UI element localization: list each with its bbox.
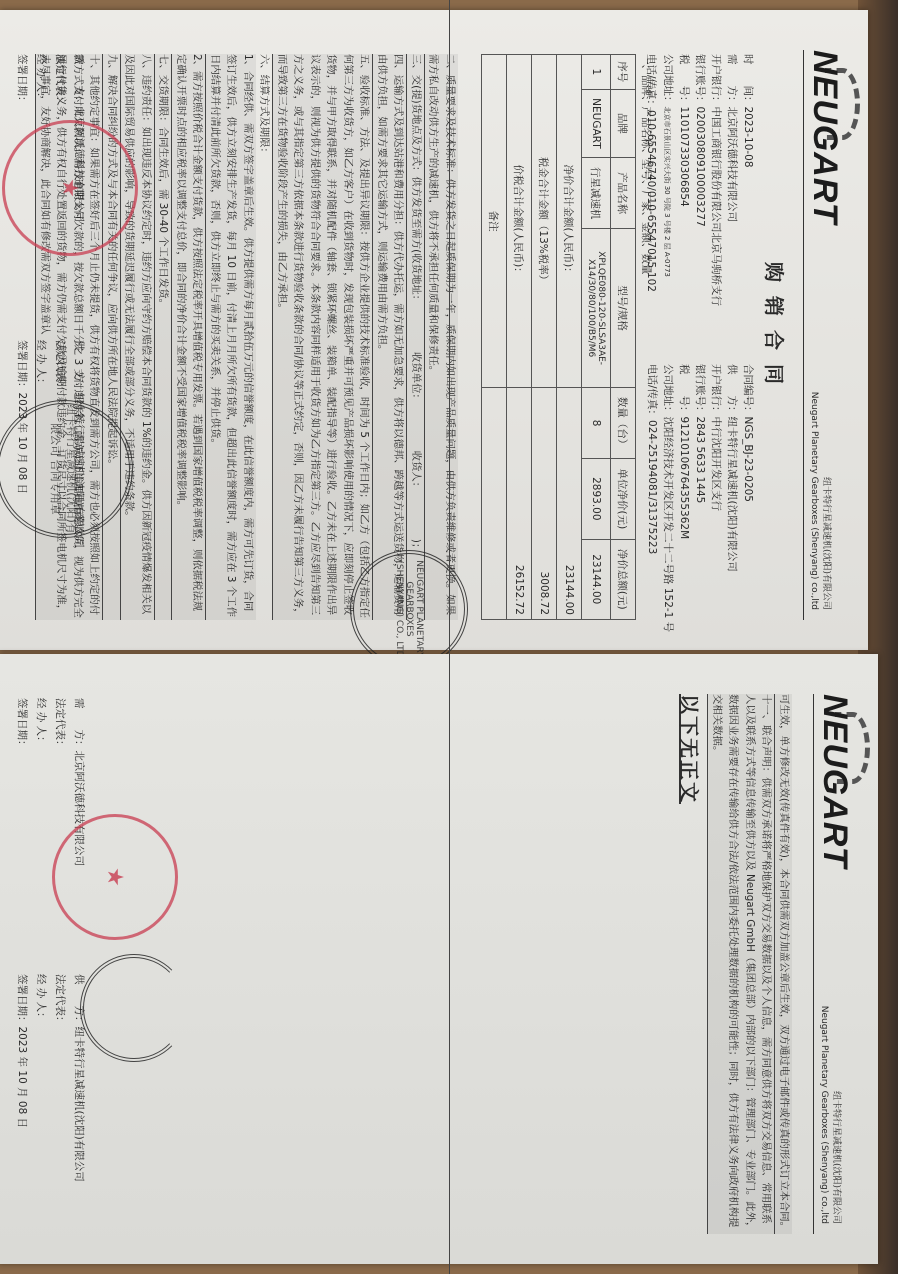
col-header: 品牌: [611, 89, 636, 158]
clause-2: 二、质量要求及技术标准：供方发货之日起质保期为一年，质保期内如出现产品质量问题，…: [424, 54, 458, 620]
cell-product-name: 行星减速机: [582, 158, 611, 229]
seller-tax-id: 税 号：912101067643553​62M: [676, 364, 692, 634]
clause-6-1: 1、合同经供、需双方签字盖章后生效。供方提供需方每月贰拾伍万元的信誉额度，在此信…: [206, 54, 257, 620]
col-header: 产品名称: [611, 158, 636, 229]
seller-handler: 经 办 人：: [31, 974, 50, 1182]
buyer-name: 需 方：北京阿沃德科技有限公司: [724, 54, 740, 354]
clause-7: 七、交货期限：合同生效后，需 30-40 个工作日发货。: [154, 54, 172, 620]
buyer-address: 公司地址：北京市石景山区实兴大街 30 号院 3 号楼 2 层 A-0773: [659, 54, 676, 354]
table-header-row: 序号 品牌 产品名称 型号/规格 数量（台） 单位净价(元) 净价总额(元): [611, 55, 636, 620]
seller-bank: 开户银行：中行沈阳开发区支行: [708, 364, 724, 634]
photo-stage: NEUGART 纽卡特行星减速机(沈阳)有限公司 Neugart Planeta…: [0, 0, 898, 1274]
seller-info: 合同编号：NGS_BJ-23-0205 供 方：纽卡特行星减速机(沈阳)有限公司…: [644, 364, 756, 634]
header-divider: [803, 50, 804, 620]
cell-qty: 8: [582, 388, 611, 459]
seller-account: 银行账号：2843 5633 1445: [692, 364, 708, 634]
cell-no: 1: [582, 55, 611, 90]
buyer-address-label: 公司地址：: [662, 54, 674, 107]
gross-total-value: 26152.72: [507, 388, 532, 620]
header-company-en: Neugart Planetary Gearboxes (Shenyang) c…: [818, 1006, 830, 1224]
cell-model: XPLQE080-120-SLSA3AE-X14/30/80/100/B5/M6: [582, 229, 611, 388]
cell-brand: NEUGART: [582, 89, 611, 158]
neugart-logo: NEUGART: [805, 50, 844, 225]
section-1-title: 一、品牌、产品名称、型号、厂家、金额、数量: [639, 54, 654, 275]
buyer-tax-id: 税 号：110107330306854: [676, 54, 692, 354]
seller-contract-stamp: 纽卡特行星减速机(沈阳)有限公司 合同专用章: [0, 400, 133, 538]
p2-seller-signature-block: 供 方：纽卡特行星减速机(沈阳)有限公司 法定代表： 经 办 人： 签署日期：2…: [12, 974, 88, 1182]
buyer-red-stamp: ★: [52, 814, 178, 940]
buyer-address-value: 北京市石景山区实兴大街 30 号院 3 号楼 2 层 A-0773: [663, 107, 671, 277]
tax-value: 3008.72: [532, 388, 557, 620]
fold-line: [449, 0, 450, 1274]
header-company-cn: 纽卡特行星减速机(沈阳)有限公司: [830, 1006, 842, 1224]
clause-8: 八、违约责任：如出现违反本协议约定时，违约方应向守约方赔偿本合同货款的 1%的违…: [120, 54, 154, 620]
header-company-cn: 纽卡特行星减速机(沈阳)有限公司: [820, 392, 832, 610]
neugart-logo: NEUGART: [815, 694, 854, 869]
clause-3: 三、交(提)货地点及方式：供方发货至需方(收货地址： 收货单位： 收货人： )；: [407, 54, 425, 620]
seller-stamp-text: 纽卡特行星减速机(沈阳)有限公司 合同专用章: [48, 404, 80, 534]
tax-label: 税金合计金额（13%税率）: [532, 55, 557, 388]
col-header: 净价总额(元): [611, 539, 636, 619]
remark-value: [482, 388, 507, 620]
clause-6-title: 六、结算方式及期限：: [256, 54, 273, 620]
seller-partial-stamp: [80, 954, 188, 1062]
col-header: 型号/规格: [611, 229, 636, 388]
contract-page-2: NEUGART 纽卡特行星减速机(沈阳)有限公司 Neugart Planeta…: [0, 654, 878, 1264]
gross-total-label: 价税合计金额(人民币)：: [507, 55, 532, 388]
page-2-body: 可生效，单方修改无效(传真件有效)，本合同供需双方加盖公章后生效，双方通过电子邮…: [677, 694, 792, 1234]
buyer-red-stamp: ★: [2, 120, 138, 256]
continued-clause: 可生效，单方修改无效(传真件有效)，本合同供需双方加盖公章后生效，双方通过电子邮…: [775, 694, 793, 1234]
seller-seam-stamp: NEUGART PLANETARY GEARBOXES (SHENYANG) C…: [350, 550, 468, 668]
clause-5: 五、验收标准、方法、及提出异议期限：按供方企业提供的技术标准验收，时间为 5 个…: [273, 54, 373, 620]
remark-label: 备注: [482, 55, 507, 388]
cell-total: 23144.00: [582, 539, 611, 619]
seller-address: 公司地址：沈阳经济技术开发区开发二十二号路 152-1 号: [660, 364, 676, 634]
header-company: 纽卡特行星减速机(沈阳)有限公司 Neugart Planetary Gearb…: [818, 1006, 842, 1224]
remark-row: 备注: [482, 55, 507, 620]
buyer-handler: 经 办 人：: [31, 698, 50, 866]
col-header: 单位净价(元): [611, 459, 636, 539]
seller-phone: 电话/传真：024-25194081/31375223: [644, 364, 660, 634]
buyer-account: 银行账号：0200308091000032​77: [692, 54, 708, 354]
seller-legal-rep: 法定代表：: [50, 974, 69, 1182]
contract-title: 购销合同: [761, 10, 790, 650]
end-of-text-mark: 以下无正文: [679, 694, 698, 804]
gross-total-row: 价税合计金额(人民币)： 26152.72: [507, 55, 532, 620]
items-table: 序号 品牌 产品名称 型号/规格 数量（台） 单位净价(元) 净价总额(元) 1…: [481, 54, 636, 620]
tax-row: 税金合计金额（13%税率） 3008.72: [532, 55, 557, 620]
contract-page-1: NEUGART 纽卡特行星减速机(沈阳)有限公司 Neugart Planeta…: [0, 10, 868, 650]
cell-unit-price: 2893.00: [582, 459, 611, 539]
clause-4: 四、运输方式及到达站港和费用分担：供方代办托运，需方如无加急要求，供方将以德邦、…: [373, 54, 407, 620]
net-total-row: 净价合计金额(人民币)： 23144.00: [557, 55, 582, 620]
contract-date: 时 间：2023-10-08: [740, 54, 756, 354]
clause-11: 十一、联合声明：供需双方承诺将严格地保护双方交易数据以及个人信息，需方同意供方将…: [708, 694, 775, 1234]
seller-stamp-en-text: NEUGART PLANETARY GEARBOXES (SHENYANG) C…: [394, 554, 424, 664]
header-company: 纽卡特行星减速机(沈阳)有限公司 Neugart Planetary Gearb…: [808, 392, 832, 610]
table-row: 1 NEUGART 行星减速机 XPLQE080-120-SLSA3AE-X14…: [582, 55, 611, 620]
col-header: 数量（台）: [611, 388, 636, 459]
col-header: 序号: [611, 55, 636, 90]
contract-number: 合同编号：NGS_BJ-23-0205: [740, 364, 756, 634]
seller-sign-date: 签署日期：2023 年 10 月 08 日: [12, 974, 31, 1182]
buyer-info: 时 间：2023-10-08 需 方：北京阿沃德科技有限公司 开户银行：中国工商…: [643, 54, 756, 354]
net-total-value: 23144.00: [557, 388, 582, 620]
header-company-en: Neugart Planetary Gearboxes (Shenyang) c…: [808, 392, 820, 610]
clause-6-2: 2、需方按照价税合计金额支付货款，供方按照法定税率开具增值税专用发票。若遇到国家…: [172, 54, 206, 620]
buyer-bank: 开户银行：中国工商银行股份有限公司北京马驹桥支行: [708, 54, 724, 354]
buyer-sign-date: 签署日期：: [12, 698, 31, 866]
seller-name: 供 方：纽卡特行星减速机(沈阳)有限公司: [724, 364, 740, 634]
header-divider: [813, 694, 814, 1234]
net-total-label: 净价合计金额(人民币)：: [557, 55, 582, 388]
